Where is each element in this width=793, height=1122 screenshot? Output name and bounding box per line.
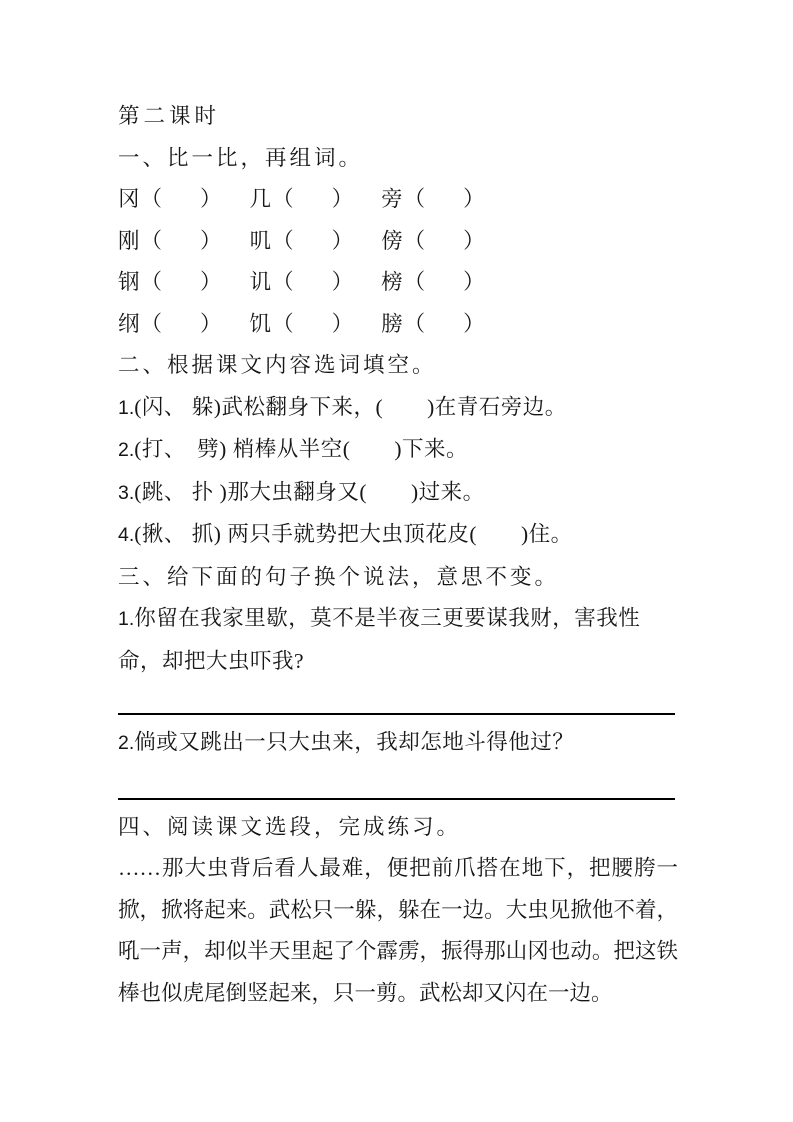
exercise-item: 1.(闪、 躲)武松翻身下来，( )在青石旁边。 — [118, 387, 678, 430]
item-number: 3. — [118, 482, 134, 504]
worksheet-page: 第二课时 一、比一比，再组词。 冈（） 几（） 旁（） 刚（） 叽（） 傍（） … — [0, 0, 793, 1122]
compare-words-grid: 冈（） 几（） 旁（） 刚（） 叽（） 傍（） 钢（） 讥（） 榜（） 纲（） … — [118, 179, 678, 345]
hanzi-character: 讥 — [250, 262, 273, 304]
open-paren: （ — [404, 304, 427, 346]
blank-space — [295, 330, 332, 331]
blank-space — [163, 205, 200, 206]
compare-cell: 饥（） — [250, 304, 355, 346]
compare-cell: 讥（） — [250, 262, 355, 304]
compare-cell: 榜（） — [381, 262, 486, 304]
blank-space — [426, 205, 463, 206]
close-paren: ） — [332, 221, 355, 263]
open-paren: （ — [272, 221, 295, 263]
close-paren: ） — [463, 262, 486, 304]
compare-cell: 钢（） — [118, 262, 223, 304]
compare-row: 冈（） 几（） 旁（） — [118, 179, 678, 221]
worksheet-content: 第二课时 一、比一比，再组词。 冈（） 几（） 旁（） 刚（） 叽（） 傍（） … — [118, 96, 678, 1014]
section4-heading: 四、阅读课文选段，完成练习。 — [118, 807, 678, 849]
open-paren: （ — [272, 179, 295, 221]
rewrite-item: 2.倘或又跳出一只大虫来，我却怎地斗得他过？ — [118, 722, 678, 765]
open-paren: （ — [141, 179, 164, 221]
open-paren: （ — [141, 262, 164, 304]
hanzi-character: 冈 — [118, 179, 141, 221]
item-text: (打、 劈) 梢棒从半空( )下来。 — [134, 437, 468, 461]
item-number: 2. — [118, 732, 134, 754]
hanzi-character: 旁 — [381, 179, 404, 221]
open-paren: （ — [141, 304, 164, 346]
blank-space — [163, 247, 200, 248]
answer-line — [118, 713, 675, 715]
item-text: 你留在我家里歇，莫不是半夜三更要谋我财，害我性命，却把大虫吓我? — [118, 606, 640, 673]
blank-space — [295, 247, 332, 248]
close-paren: ） — [332, 179, 355, 221]
compare-cell: 傍（） — [381, 221, 486, 263]
blank-space — [426, 330, 463, 331]
open-paren: （ — [141, 221, 164, 263]
section1-heading: 一、比一比，再组词。 — [118, 138, 678, 180]
close-paren: ） — [463, 179, 486, 221]
hanzi-character: 叽 — [250, 221, 273, 263]
close-paren: ） — [332, 304, 355, 346]
blank-space — [295, 205, 332, 206]
compare-cell: 几（） — [250, 179, 355, 221]
item-text: (跳、 扑 )那大虫翻身又( )过来。 — [134, 480, 484, 504]
compare-cell: 纲（） — [118, 304, 223, 346]
hanzi-character: 钢 — [118, 262, 141, 304]
blank-space — [295, 288, 332, 289]
open-paren: （ — [272, 304, 295, 346]
hanzi-character: 膀 — [381, 304, 404, 346]
open-paren: （ — [404, 262, 427, 304]
close-paren: ） — [332, 262, 355, 304]
page-title: 第二课时 — [118, 96, 678, 138]
compare-cell: 旁（） — [381, 179, 486, 221]
blank-space — [426, 288, 463, 289]
compare-cell: 膀（） — [381, 304, 486, 346]
compare-row: 纲（） 饥（） 膀（） — [118, 304, 678, 346]
exercise-item: 3.(跳、 扑 )那大虫翻身又( )过来。 — [118, 472, 678, 515]
item-number: 1. — [118, 608, 134, 630]
compare-cell: 刚（） — [118, 221, 223, 263]
section2-heading: 二、根据课文内容选词填空。 — [118, 345, 678, 387]
blank-space — [163, 288, 200, 289]
compare-row: 刚（） 叽（） 傍（） — [118, 221, 678, 263]
compare-row: 钢（） 讥（） 榜（） — [118, 262, 678, 304]
hanzi-character: 几 — [250, 179, 273, 221]
hanzi-character: 纲 — [118, 304, 141, 346]
compare-cell: 叽（） — [250, 221, 355, 263]
hanzi-character: 傍 — [381, 221, 404, 263]
blank-space — [163, 330, 200, 331]
open-paren: （ — [404, 179, 427, 221]
blank-space — [426, 247, 463, 248]
close-paren: ） — [200, 262, 223, 304]
close-paren: ） — [200, 179, 223, 221]
hanzi-character: 饥 — [250, 304, 273, 346]
item-text: (闪、 躲)武松翻身下来，( )在青石旁边。 — [134, 395, 567, 419]
compare-cell: 冈（） — [118, 179, 223, 221]
close-paren: ） — [200, 221, 223, 263]
open-paren: （ — [404, 221, 427, 263]
item-text: 倘或又跳出一只大虫来，我却怎地斗得他过？ — [134, 730, 574, 754]
reading-passage: ……那大虫背后看人最难，便把前爪搭在地下，把腰胯一掀，掀将起来。武松只一躲，躲在… — [118, 848, 678, 1014]
exercise-item: 4.(揪、 抓) 两只手就势把大虫顶花皮( )住。 — [118, 514, 678, 557]
item-text: (揪、 抓) 两只手就势把大虫顶花皮( )住。 — [134, 522, 572, 546]
open-paren: （ — [272, 262, 295, 304]
answer-line — [118, 798, 675, 800]
hanzi-character: 刚 — [118, 221, 141, 263]
close-paren: ） — [463, 304, 486, 346]
item-number: 4. — [118, 524, 134, 546]
close-paren: ） — [463, 221, 486, 263]
item-number: 2. — [118, 439, 134, 461]
exercise-item: 2.(打、 劈) 梢棒从半空( )下来。 — [118, 429, 678, 472]
hanzi-character: 榜 — [381, 262, 404, 304]
rewrite-item: 1.你留在我家里歇，莫不是半夜三更要谋我财，害我性命，却把大虫吓我? — [118, 598, 678, 682]
item-number: 1. — [118, 397, 134, 419]
section3-heading: 三、给下面的句子换个说法，意思不变。 — [118, 557, 678, 599]
close-paren: ） — [200, 304, 223, 346]
